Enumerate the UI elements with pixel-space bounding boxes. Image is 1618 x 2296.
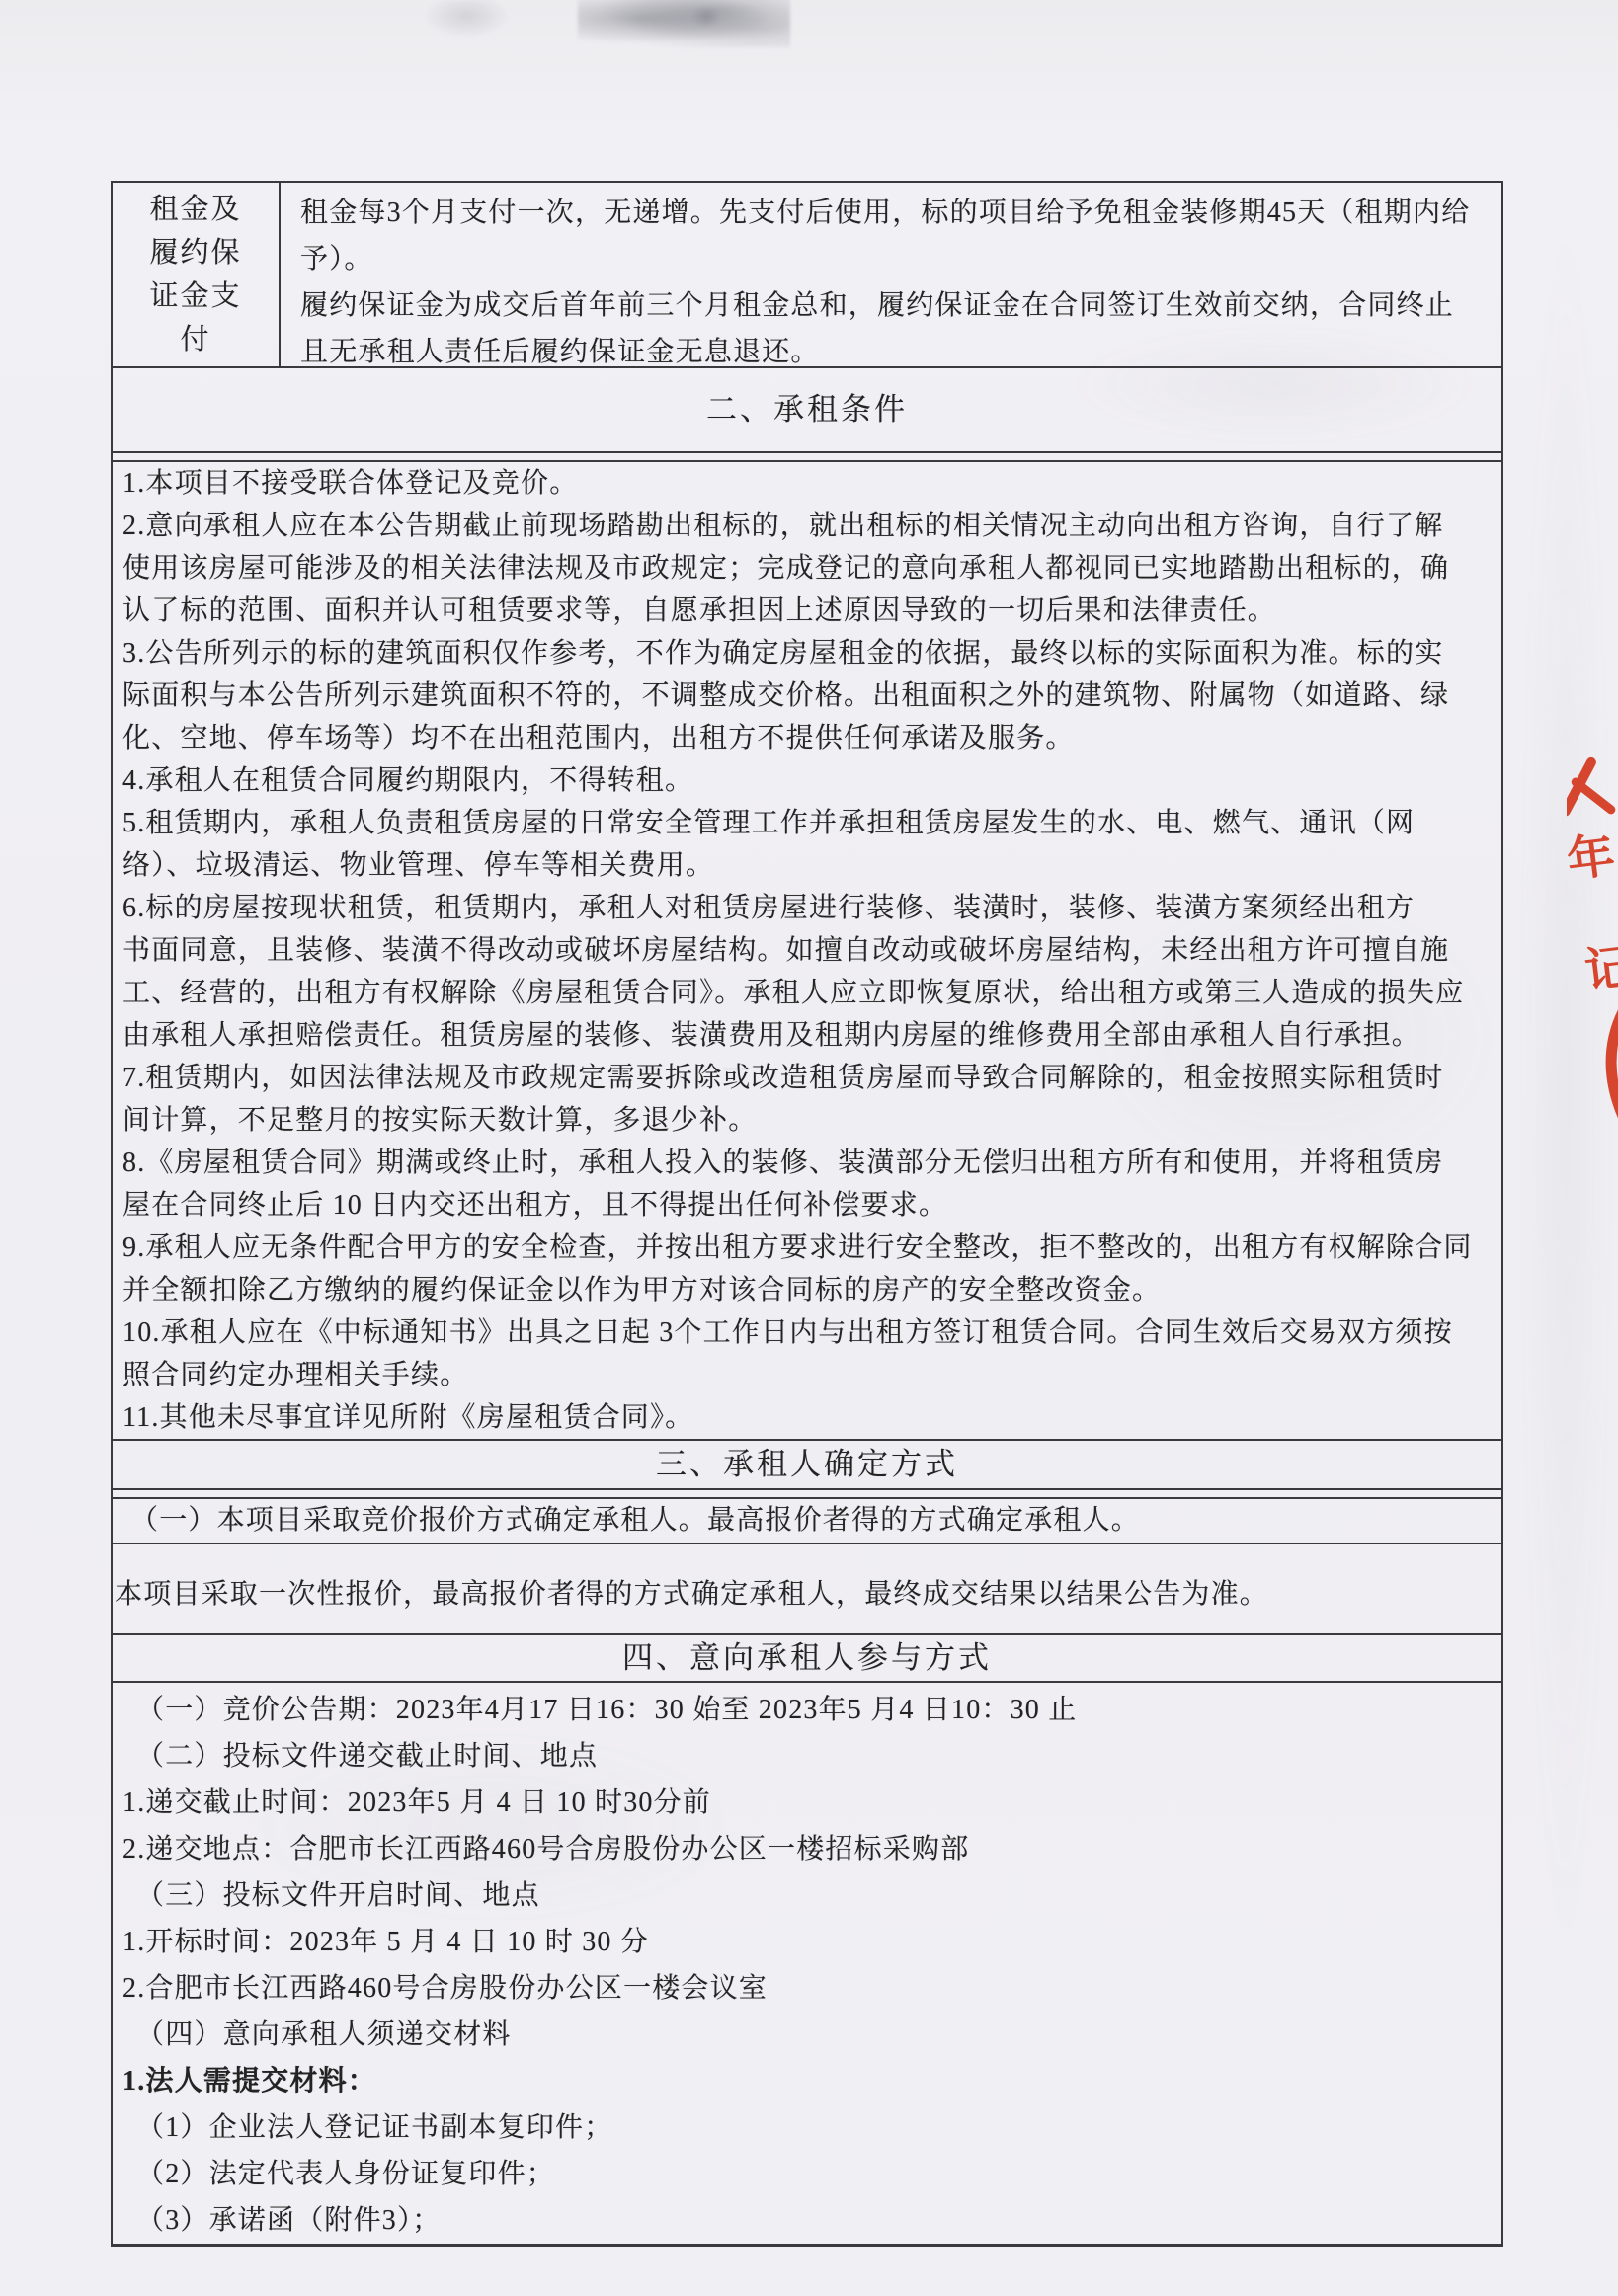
seal-char: 记 [1582,941,1618,998]
participation-line: 1.法人需提交材料： [122,2058,1501,2104]
rent-payment-terms: 租金每3个月支付一次，无递增。先支付后使用，标的项目给予免租金装修期45天（租期… [300,190,1488,282]
lease-term-item: 5.租赁期内，承租人负责租赁房屋的日常安全管理工作并承担租赁房屋发生的水、电、燃… [122,802,1490,887]
scan-bleed-artifact [1521,198,1610,1975]
one-time-bid-clause: 本项目采取一次性报价，最高报价者得的方式确定承租人，最终成交结果以结果公告为准。 [115,1572,1501,1617]
scan-smudge [691,6,721,28]
section-participation-title: 四、意向承租人参与方式 [113,1635,1501,1681]
scanned-page: 租金及 履约保 证金支 付 租金每3个月支付一次，无递增。先支付后使用，标的项目… [0,0,1618,2296]
participation-line: （2）法定代表人身份证复印件； [122,2151,1501,2197]
table-divider-double [113,451,1501,462]
participation-line: 1.递交截止时间：2023年5 月 4 日 10 时30分前 [122,1780,1501,1826]
lease-term-item: 8.《房屋租赁合同》期满或终止时，承租人投入的装修、装潢部分无偿归出租方所有和使… [122,1142,1490,1227]
lease-term-item: 7.租赁期内，如因法律法规及市政规定需要拆除或改造租赁房屋而导致合同解除的，租金… [122,1057,1490,1142]
seal-char: 年 [1567,829,1618,887]
participation-line: （3）承诺函（附件3）； [122,2197,1501,2244]
lease-term-item: 9.承租人应无条件配合甲方的安全检查，并按出租方要求进行安全整改，拒不整改的，出… [122,1227,1490,1311]
scan-smudge [578,0,790,47]
participation-line: （四）意向承租人须递交材料 [122,2012,1501,2058]
rent-deposit-row-label: 租金及 履约保 证金支 付 [113,183,281,366]
red-seal-fragment: 年 记 [1567,747,1618,1151]
participation-line: （1）企业法人登记证书副本复印件； [122,2104,1501,2151]
participation-line: 1.开标时间：2023年 5 月 4 日 10 时 30 分 [122,1919,1501,1965]
determination-clause-1: （一）本项目采取竞价报价方式确定承租人。最高报价者得的方式确定承租人。 [113,1499,1501,1543]
participation-line: （二）投标文件递交截止时间、地点 [122,1733,1501,1780]
participation-line: 2.合肥市长江西路460号合房股份办公区一楼会议室 [122,1965,1501,2012]
deposit-terms: 履约保证金为成交后首年前三个月租金总和，履约保证金在合同签订生效前交纳，合同终止… [300,282,1488,375]
table-divider-double [113,1488,1501,1499]
rent-deposit-row: 租金及 履约保 证金支 付 租金每3个月支付一次，无递增。先支付后使用，标的项目… [113,183,1501,366]
lease-term-item: 4.承租人在租赁合同履约期限内，不得转租。 [122,759,1490,802]
announcement-table: 租金及 履约保 证金支 付 租金每3个月支付一次，无递增。先支付后使用，标的项目… [111,181,1503,2247]
participation-line: 2.递交地点：合肥市长江西路460号合房股份办公区一楼招标采购部 [122,1826,1501,1872]
lease-term-item: 10.承租人应在《中标通知书》出具之日起 3个工作日内与出租方签订租赁合同。合同… [122,1311,1490,1396]
lease-term-item: 11.其他未尽事宜详见所附《房屋租赁合同》。 [122,1396,1490,1439]
scan-smudge [420,0,514,40]
section-tenant-determination-title: 三、承租人确定方式 [113,1441,1501,1488]
lease-term-item: 6.标的房屋按现状租赁，租赁期内，承租人对租赁房屋进行装修、装潢时，装修、装潢方… [122,887,1490,1057]
participation-body: （一）竞价公告期：2023年4月17 日16：30 始至 2023年5 月4 日… [113,1683,1501,2244]
rent-deposit-row-content: 租金每3个月支付一次，无递增。先支付后使用，标的项目给予免租金装修期45天（租期… [281,183,1501,366]
determination-clause-2-cell: 本项目采取一次性报价，最高报价者得的方式确定承租人，最终成交结果以结果公告为准。… [113,1544,1501,1633]
section-lease-terms-title: 二、承租条件 [113,368,1501,451]
lease-term-item: 3.公告所列示的标的建筑面积仅作参考，不作为确定房屋租金的依据，最终以标的实际面… [122,632,1490,759]
participation-line: （三）投标文件开启时间、地点 [122,1872,1501,1919]
lease-term-item: 2.意向承租人应在本公告期截止前现场踏勘出租标的，就出租标的相关情况主动向出租方… [122,505,1490,632]
lease-terms-body: 1.本项目不接受联合体登记及竞价。 2.意向承租人应在本公告期截止前现场踏勘出租… [113,462,1501,1439]
participation-line: （一）竞价公告期：2023年4月17 日16：30 始至 2023年5 月4 日… [122,1687,1501,1733]
lease-term-item: 1.本项目不接受联合体登记及竞价。 [122,462,1490,505]
